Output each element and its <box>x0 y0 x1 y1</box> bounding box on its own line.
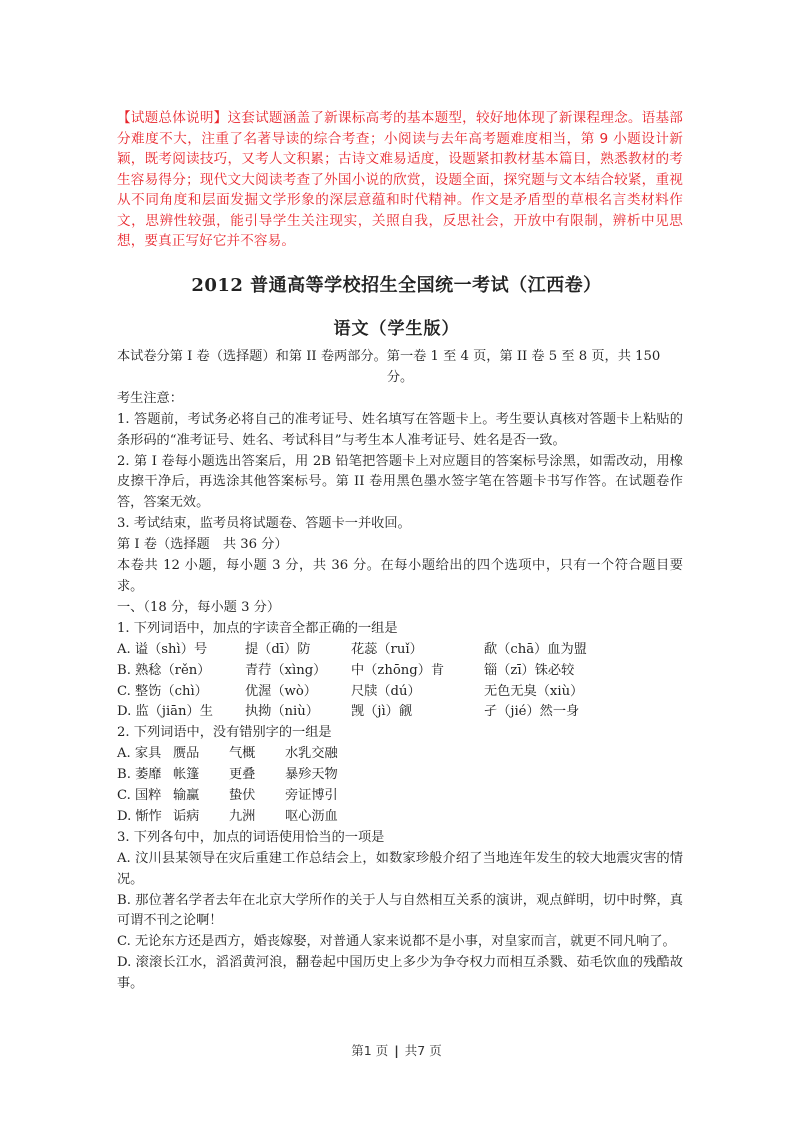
option-cell: 暴殄天物 <box>285 765 405 786</box>
question-option-row: D. 惭怍 诟病 九洲 呕心沥血 <box>117 807 683 828</box>
option-cell: 提（dī）防 <box>245 640 351 661</box>
question-option-row: A. 谥（shì）号 提（dī）防 花蕊（ruǐ） 歃（chā）血为盟 <box>117 640 683 661</box>
exam-title: 2012 普通高等学校招生全国统一考试（江西卷） <box>0 271 793 297</box>
option-cell: C. 国粹 <box>117 786 173 807</box>
notice-heading: 考生注意： <box>117 389 683 410</box>
option-cell: 更叠 <box>229 765 285 786</box>
option-cell: 优渥（wò） <box>245 682 351 703</box>
option-cell: 赝品 <box>173 744 229 765</box>
option-cell: A. 家具 <box>117 744 173 765</box>
option-cell: D. 惭怍 <box>117 807 173 828</box>
option-cell: B. 熟稔（rěn） <box>117 661 245 682</box>
option-cell: 诟病 <box>173 807 229 828</box>
option-cell: 孑（jié）然一身 <box>484 702 644 723</box>
preface-line: 分。 <box>117 368 683 389</box>
page-number: 第1 页 <box>351 1043 388 1058</box>
section-heading: 第 I 卷（选择题 共 36 分） <box>117 535 683 556</box>
preface-line: 本试卷分第 I 卷（选择题）和第 II 卷两部分。第一卷 1 至 4 页，第 I… <box>117 347 683 368</box>
option-cell: 执拗（niù） <box>245 702 351 723</box>
exam-body: 本试卷分第 I 卷（选择题）和第 II 卷两部分。第一卷 1 至 4 页，第 I… <box>117 347 683 995</box>
question-option-row: B. 萎靡 帐篷 更叠 暴殄天物 <box>117 765 683 786</box>
option-cell: 九洲 <box>229 807 285 828</box>
option-cell: 花蕊（ruǐ） <box>351 640 484 661</box>
option-cell: B. 萎靡 <box>117 765 173 786</box>
question-option-row: A. 家具 赝品 气概 水乳交融 <box>117 744 683 765</box>
question-option-row: D. 监（jiān）生 执拗（niù） 觊（jì）觎 孑（jié）然一身 <box>117 702 683 723</box>
option-cell: 蛰伏 <box>229 786 285 807</box>
page-total: 共7 页 <box>405 1043 442 1058</box>
footer-separator: | <box>394 1043 399 1058</box>
exam-intro-note: 【试题总体说明】这套试题涵盖了新课标高考的基本题型，较好地体现了新课程理念。语基… <box>117 108 683 252</box>
option-cell: 青荇（xìng） <box>245 661 351 682</box>
option-cell: 歃（chā）血为盟 <box>484 640 644 661</box>
option-cell: 锱（zī）铢必较 <box>484 661 644 682</box>
notice-item: 3. 考试结束，监考员将试题卷、答题卡一并收回。 <box>117 514 683 535</box>
option-cell: 中（zhōng）肯 <box>351 661 484 682</box>
option-cell: 帐篷 <box>173 765 229 786</box>
option-cell: 呕心沥血 <box>285 807 405 828</box>
question-stem: 2. 下列词语中，没有错别字的一组是 <box>117 723 683 744</box>
question-option-row: C. 国粹 输赢 蛰伏 旁证博引 <box>117 786 683 807</box>
option-cell: 旁证博引 <box>285 786 405 807</box>
option-cell: A. 谥（shì）号 <box>117 640 245 661</box>
option-cell: 输赢 <box>173 786 229 807</box>
option-cell: 觊（jì）觎 <box>351 702 484 723</box>
option-cell: 无色无臭（xiù） <box>484 682 644 703</box>
notice-item: 2. 第 I 卷每小题选出答案后，用 2B 铅笔把答题卡上对应题目的答案标号涂黑… <box>117 452 683 515</box>
part-heading: 一、（18 分，每小题 3 分） <box>117 598 683 619</box>
option-cell: 水乳交融 <box>285 744 405 765</box>
question-option: A. 汶川县某领导在灾后重建工作总结会上，如数家珍般介绍了当地连年发生的较大地震… <box>117 849 683 891</box>
question-option: C. 无论东方还是西方，婚丧嫁娶，对普通人家来说都不是小事，对皇家而言，就更不同… <box>117 932 683 953</box>
option-cell: 气概 <box>229 744 285 765</box>
question-stem: 3. 下列各句中，加点的词语使用恰当的一项是 <box>117 828 683 849</box>
option-cell: D. 监（jiān）生 <box>117 702 245 723</box>
exam-subtitle: 语文（学生版） <box>0 314 793 339</box>
question-stem: 1. 下列词语中，加点的字读音全都正确的一组是 <box>117 619 683 640</box>
question-option-row: C. 整饬（chì） 优渥（wò） 尺牍（dú） 无色无臭（xiù） <box>117 682 683 703</box>
option-cell: C. 整饬（chì） <box>117 682 245 703</box>
question-option: D. 滚滚长江水，滔滔黄河浪，翻卷起中国历史上多少为争夺权力而相互杀戮、茹毛饮血… <box>117 953 683 995</box>
option-cell: 尺牍（dú） <box>351 682 484 703</box>
section-description: 本卷共 12 小题，每小题 3 分，共 36 分。在每小题给出的四个选项中，只有… <box>117 556 683 598</box>
question-option-row: B. 熟稔（rěn） 青荇（xìng） 中（zhōng）肯 锱（zī）铢必较 <box>117 661 683 682</box>
question-option: B. 那位著名学者去年在北京大学所作的关于人与自然相互关系的演讲，观点鲜明，切中… <box>117 891 683 933</box>
page-footer: 第1 页|共7 页 <box>0 1041 793 1059</box>
notice-item: 1. 答题前，考试务必将自己的准考证号、姓名填写在答题卡上。考生要认真核对答题卡… <box>117 410 683 452</box>
